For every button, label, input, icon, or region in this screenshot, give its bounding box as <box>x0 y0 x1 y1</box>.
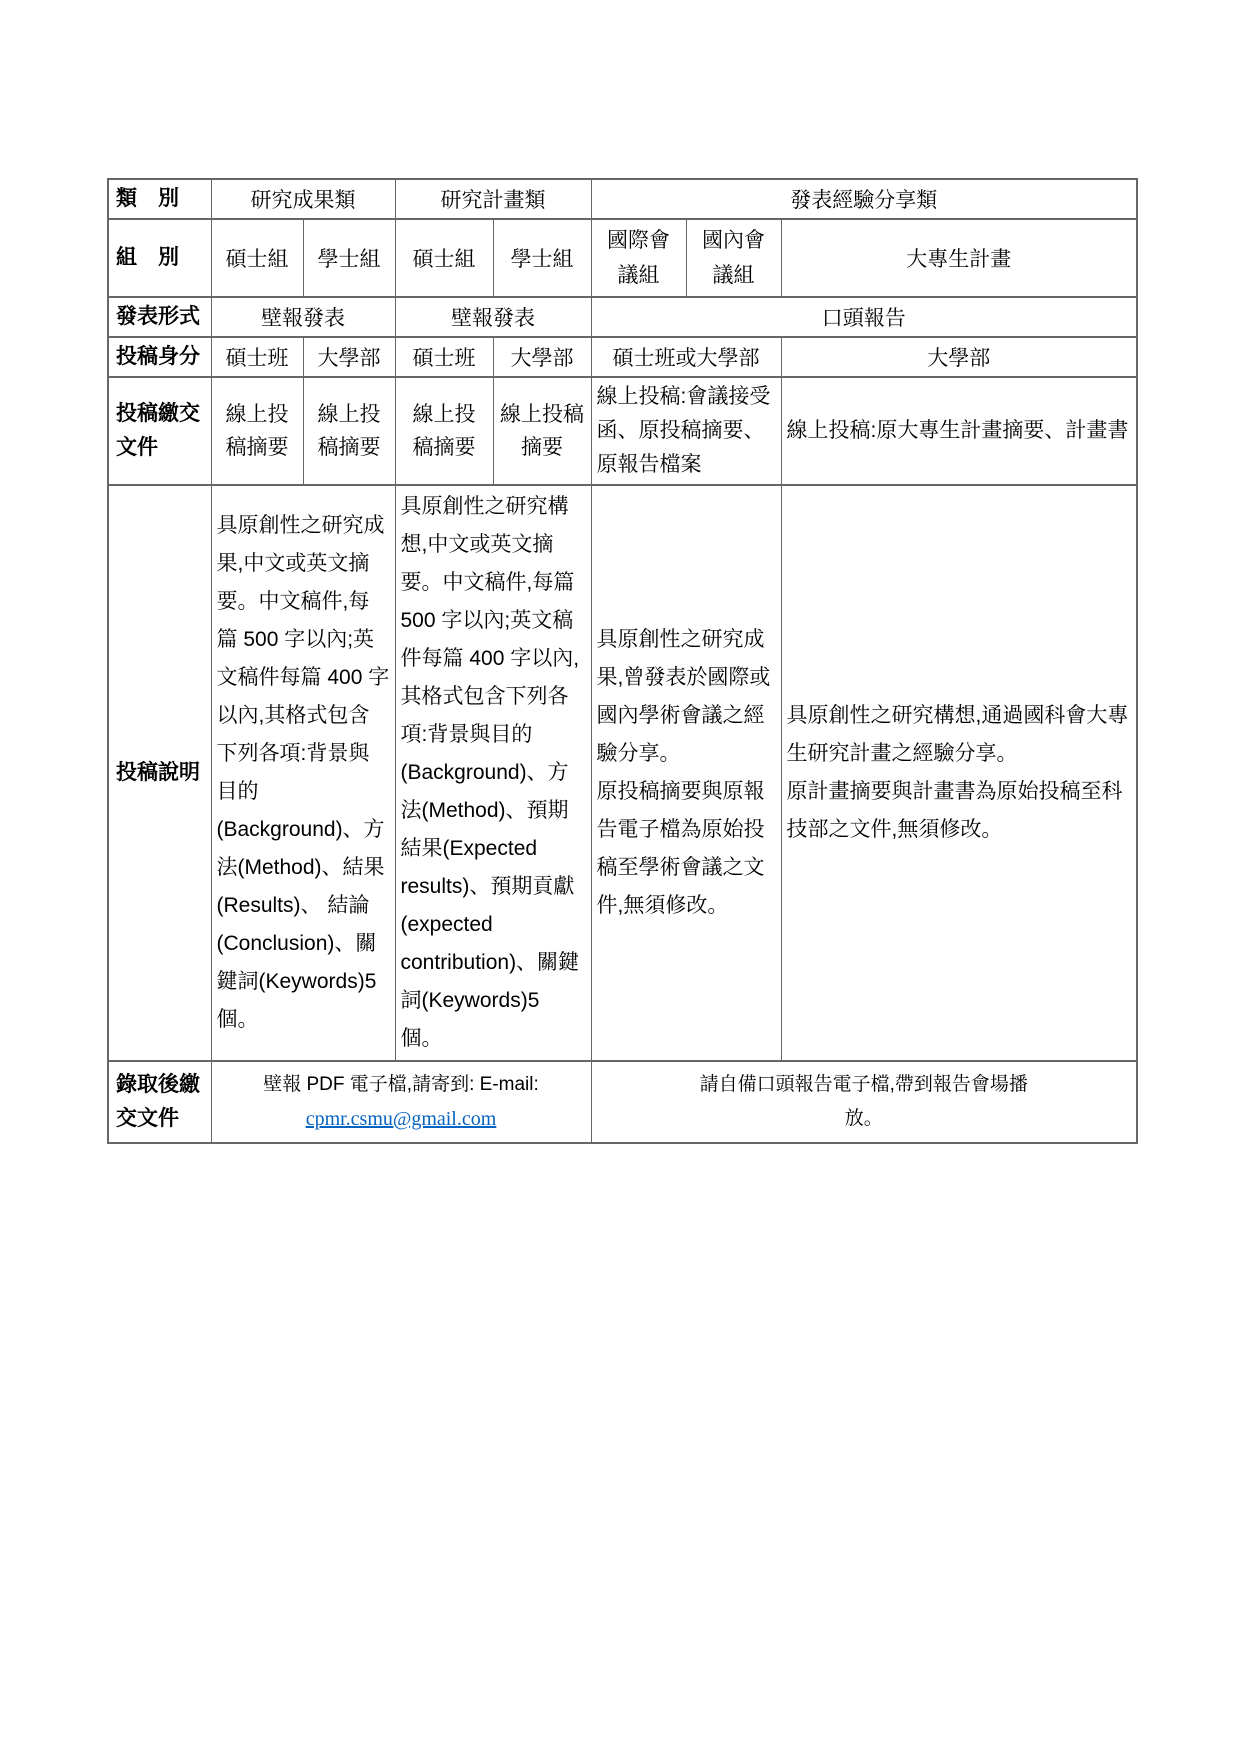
row-after-acceptance: 錄取後繳交文件 壁報 PDF 電子檔,請寄到: E-mail: cpmr.csm… <box>108 1061 1137 1143</box>
row-format: 發表形式 壁報發表 壁報發表 口頭報告 <box>108 297 1137 337</box>
documents-abstract-3: 線上投 稿摘要 <box>395 377 493 485</box>
identity-master-2: 碩士班 <box>395 337 493 377</box>
group-international-conference: 國際會 議組 <box>591 219 686 297</box>
identity-master-or-undergrad: 碩士班或大學部 <box>591 337 781 377</box>
identity-label: 投稿身分 <box>108 337 211 377</box>
identity-undergrad-1: 大學部 <box>303 337 395 377</box>
row-category: 類 別 研究成果類 研究計畫類 發表經驗分享類 <box>108 179 1137 219</box>
after-acceptance-oral-cell: 請自備口頭報告電子檔,帶到報告會場播 放。 <box>591 1061 1137 1143</box>
documents-conference-materials: 線上投稿:會議接受函、原投稿摘要、原報告檔案 <box>591 377 781 485</box>
documents-project-materials: 線上投稿:原大專生計畫摘要、計畫書 <box>781 377 1137 485</box>
category-research-results: 研究成果類 <box>211 179 395 219</box>
document-page: { "colors": { "link": "#0563c1", "border… <box>0 0 1241 1755</box>
row-group: 組 別 碩士組 學士組 碩士組 學士組 國際會 議組 國內會 議組 大專生計畫 <box>108 219 1137 297</box>
format-poster-1: 壁報發表 <box>211 297 395 337</box>
group-bachelor-2: 學士組 <box>493 219 591 297</box>
category-label: 類 別 <box>108 179 211 219</box>
identity-undergrad-2: 大學部 <box>493 337 591 377</box>
instructions-label: 投稿說明 <box>108 485 211 1061</box>
category-experience-sharing: 發表經驗分享類 <box>591 179 1137 219</box>
instructions-conference-sharing: 具原創性之研究成果,曾發表於國際或國內學術會議之經驗分享。 原投稿摘要與原報告電… <box>591 485 781 1061</box>
format-label: 發表形式 <box>108 297 211 337</box>
group-master-2: 碩士組 <box>395 219 493 297</box>
identity-master-1: 碩士班 <box>211 337 303 377</box>
after-acceptance-label: 錄取後繳交文件 <box>108 1061 211 1143</box>
identity-undergrad-3: 大學部 <box>781 337 1137 377</box>
row-documents: 投稿繳交文件 線上投 稿摘要 線上投 稿摘要 線上投 稿摘要 線上投稿 摘要 線… <box>108 377 1137 485</box>
documents-abstract-4: 線上投稿 摘要 <box>493 377 591 485</box>
row-identity: 投稿身分 碩士班 大學部 碩士班 大學部 碩士班或大學部 大學部 <box>108 337 1137 377</box>
group-master-1: 碩士組 <box>211 219 303 297</box>
instructions-research-proposal: 具原創性之研究構想,中文或英文摘要。中文稿件,每篇 500 字以內;英文稿件每篇… <box>395 485 591 1061</box>
format-poster-2: 壁報發表 <box>395 297 591 337</box>
documents-label: 投稿繳交文件 <box>108 377 211 485</box>
category-research-proposal: 研究計畫類 <box>395 179 591 219</box>
documents-abstract-2: 線上投 稿摘要 <box>303 377 395 485</box>
instructions-research-results: 具原創性之研究成果,中文或英文摘要。中文稿件,每篇 500 字以內;英文稿件每篇… <box>211 485 395 1061</box>
email-link[interactable]: cpmr.csmu@gmail.com <box>217 1102 586 1136</box>
documents-abstract-1: 線上投 稿摘要 <box>211 377 303 485</box>
group-domestic-conference: 國內會 議組 <box>686 219 781 297</box>
after-acceptance-poster-text: 壁報 PDF 電子檔,請寄到: E-mail: <box>217 1068 586 1102</box>
submission-categories-table: 類 別 研究成果類 研究計畫類 發表經驗分享類 組 別 碩士組 學士組 碩士組 … <box>107 178 1138 1144</box>
row-instructions: 投稿說明 具原創性之研究成果,中文或英文摘要。中文稿件,每篇 500 字以內;英… <box>108 485 1137 1061</box>
after-acceptance-poster-cell: 壁報 PDF 電子檔,請寄到: E-mail: cpmr.csmu@gmail.… <box>211 1061 591 1143</box>
format-oral: 口頭報告 <box>591 297 1137 337</box>
group-college-project: 大專生計畫 <box>781 219 1137 297</box>
group-bachelor-1: 學士組 <box>303 219 395 297</box>
instructions-project-sharing: 具原創性之研究構想,通過國科會大專生研究計畫之經驗分享。 原計畫摘要與計畫書為原… <box>781 485 1137 1061</box>
group-label: 組 別 <box>108 219 211 297</box>
